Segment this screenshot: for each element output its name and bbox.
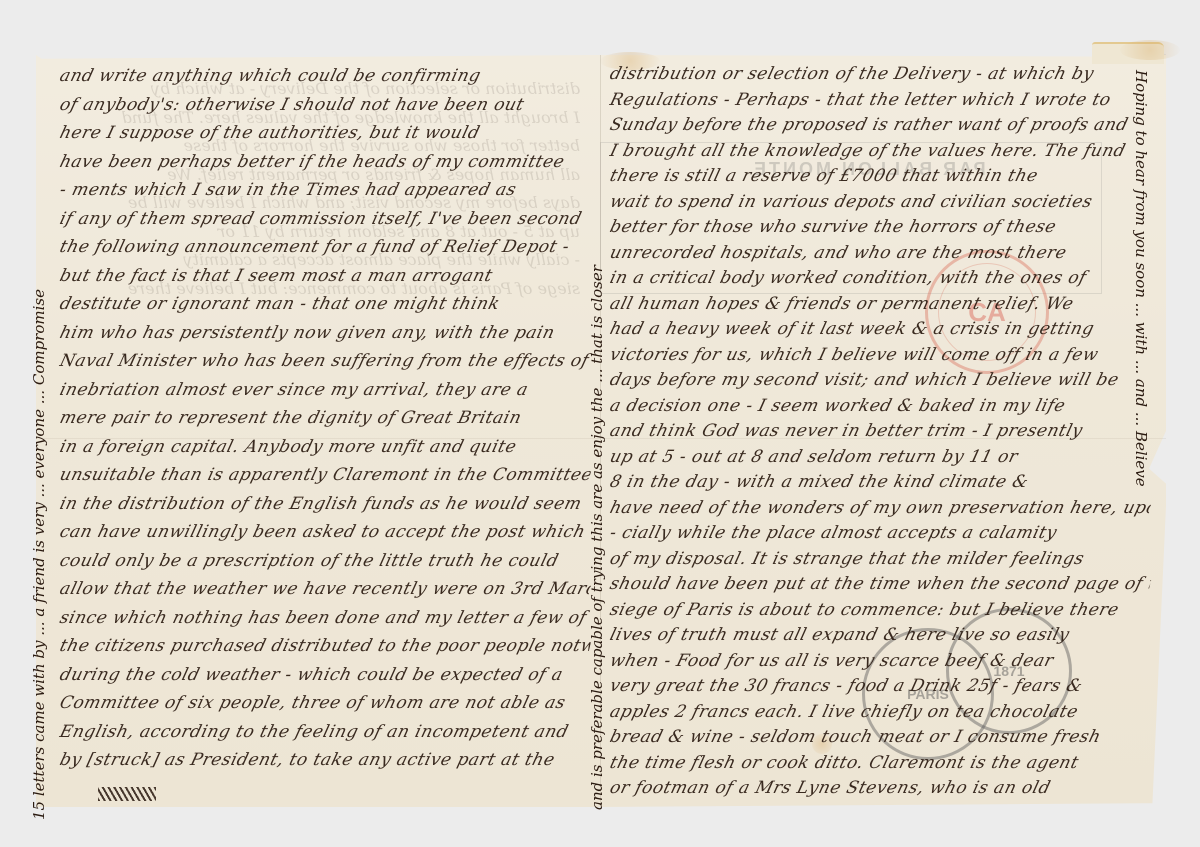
foxing-stain (1120, 40, 1180, 60)
text-line: - ments which I saw in the Times had app… (56, 176, 593, 205)
text-line: there is still a reserve of £7000 that w… (607, 164, 1153, 190)
text-line: 8 in the day - with a mixed the kind cli… (607, 470, 1153, 496)
text-line: the time flesh or cook ditto. Claremont … (607, 751, 1153, 777)
text-line: unsuitable than is apparently Claremont … (56, 461, 593, 490)
text-line: days before my second visit; and which I… (607, 368, 1153, 394)
text-line: should have been put at the time when th… (607, 572, 1153, 598)
text-line: distribution or selection of the Deliver… (607, 62, 1153, 88)
text-line: all human hopes & friends or permanent r… (607, 292, 1153, 318)
text-line: have need of the wonders of my own prese… (607, 496, 1153, 522)
text-line: in the distribution of the English funds… (56, 490, 593, 519)
text-line: mere pair to represent the dignity of Gr… (56, 404, 593, 433)
text-line: Regulations - Perhaps - that the letter … (607, 88, 1153, 114)
text-line: a decision one - I seem worked & baked i… (607, 394, 1153, 420)
text-line: could only be a prescription of the litt… (56, 547, 593, 576)
text-line: in a foreign capital. Anybody more unfit… (56, 433, 593, 462)
text-line: can have unwillingly been asked to accep… (56, 518, 593, 547)
text-line: Committee of six people, three of whom a… (56, 689, 593, 718)
right-margin-vertical-text: Hoping to hear from you soon ... with ..… (1132, 70, 1150, 820)
text-line: bread & wine - seldom touch meat or I co… (607, 725, 1153, 751)
text-line: and think God was never in better trim -… (607, 419, 1153, 445)
text-line: when - Food for us all is very scarce be… (607, 649, 1153, 675)
text-line: apples 2 francs each. I live chiefly on … (607, 700, 1153, 726)
left-margin-vertical-text: 15 letters came with by ... a friend is … (30, 40, 48, 820)
text-line: but the fact is that I seem most a man a… (56, 262, 593, 291)
text-line: have been perhaps better if the heads of… (56, 148, 593, 177)
text-line: by [struck] as President, to take any ac… (56, 746, 593, 775)
text-line: up at 5 - out at 8 and seldom return by … (607, 445, 1153, 471)
text-line: allow that the weather we have recently … (56, 575, 593, 604)
text-line: in a critical body worked condition, wit… (607, 266, 1153, 292)
text-line: Naval Minister who has been suffering fr… (56, 347, 593, 376)
text-line: wait to spend in various depots and civi… (607, 190, 1153, 216)
text-line: of anybody's: otherwise I should not hav… (56, 91, 593, 120)
left-page-text: and write anything which could be confir… (60, 62, 590, 775)
text-line: inebriation almost ever since my arrival… (56, 376, 593, 405)
text-line: the citizens purchased distributed to th… (56, 632, 593, 661)
text-line: during the cold weather - which could be… (56, 661, 593, 690)
text-line: better for those who survive the horrors… (607, 215, 1153, 241)
text-line: lives of truth must all expand & here li… (607, 623, 1153, 649)
text-line: and write anything which could be confir… (56, 62, 593, 91)
text-line: the following announcement for a fund of… (56, 233, 593, 262)
text-line: English, according to the feeling of an … (56, 718, 593, 747)
center-margin-vertical-text: and is preferable capable of trying this… (588, 50, 606, 810)
struck-out-word (98, 787, 156, 801)
text-line: or footman of a Mrs Lyne Stevens, who is… (607, 776, 1153, 802)
text-line: victories for us, which I believe will c… (607, 343, 1153, 369)
text-line: I brought all the knowledge of the value… (607, 139, 1153, 165)
text-line: unrecorded hospitals, and who are the mo… (607, 241, 1153, 267)
text-line: if any of them spread commission itself,… (56, 205, 593, 234)
text-line: him who has persistently now given any, … (56, 319, 593, 348)
text-line: destitute or ignorant man - that one mig… (56, 290, 593, 319)
text-line: - cially while the place almost accepts … (607, 521, 1153, 547)
text-line: here I suppose of the authorities, but i… (56, 119, 593, 148)
text-line: had a heavy week of it last week & a cri… (607, 317, 1153, 343)
text-line: Sunday before the proposed is rather wan… (607, 113, 1153, 139)
text-line: very great the 30 francs - food a Drink … (607, 674, 1153, 700)
text-line: since which nothing has been done and my… (56, 604, 593, 633)
text-line: siege of Paris is about to commence: but… (607, 598, 1153, 624)
right-page-text: distribution or selection of the Deliver… (610, 62, 1150, 802)
text-line: of my disposal. It is strange that the m… (607, 547, 1153, 573)
